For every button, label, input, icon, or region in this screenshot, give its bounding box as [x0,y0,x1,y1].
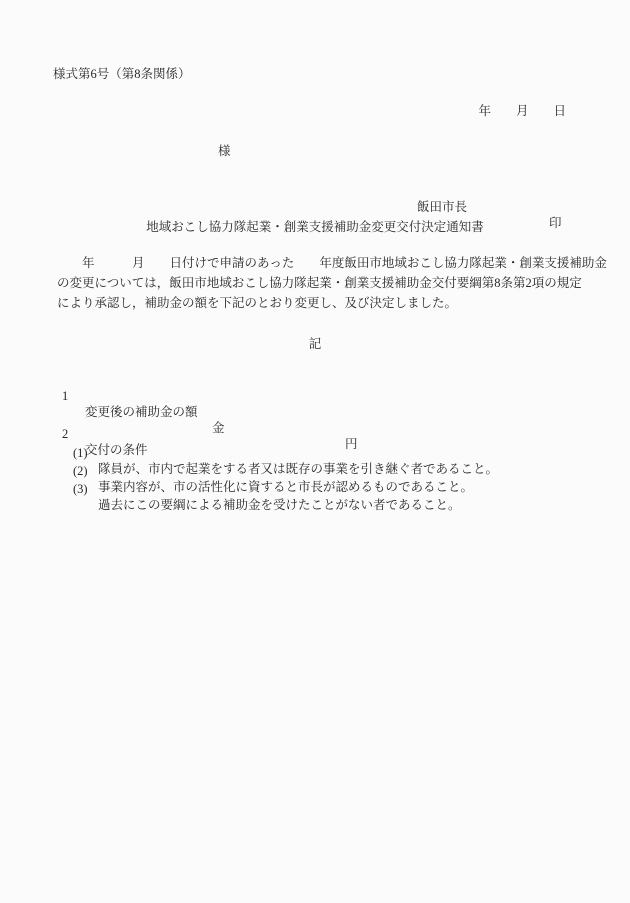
document-page: 様式第6号（第8条関係） 年 月 日 様 飯田市長 印 地域おこし協力隊起業・創… [0,0,630,903]
body-line-1: 年 月 日付けで申請のあった 年度飯田市地域おこし協力隊起業・創業支援補助金 [57,255,607,271]
issue-date-line: 年 月 日 [0,103,566,119]
addressee-suffix: 様 [218,143,231,159]
issuer-line: 飯田市長 印 [0,183,630,247]
item-1-number: 1 [62,388,68,404]
body-line-3: により承認し，補助金の額を下記のとおり変更し、及び決定しました。 [57,295,457,311]
condition-row: (3) 過去にこの要綱による補助金を受けたことがない者であること。 [0,465,630,529]
form-number: 様式第6号（第8条関係） [53,66,191,82]
ki-heading: 記 [0,336,630,352]
body-line-2: の変更については，飯田市地域おこし協力隊起業・創業支援補助金交付要綱第8条第2項… [57,275,582,291]
document-title: 地域おこし協力隊起業・創業支援補助金変更交付決定通知書 [0,219,630,235]
condition-number: (3) [73,481,88,497]
issuer-name: 飯田市長 [417,199,467,215]
condition-text: 過去にこの要綱による補助金を受けたことがない者であること。 [98,497,461,513]
